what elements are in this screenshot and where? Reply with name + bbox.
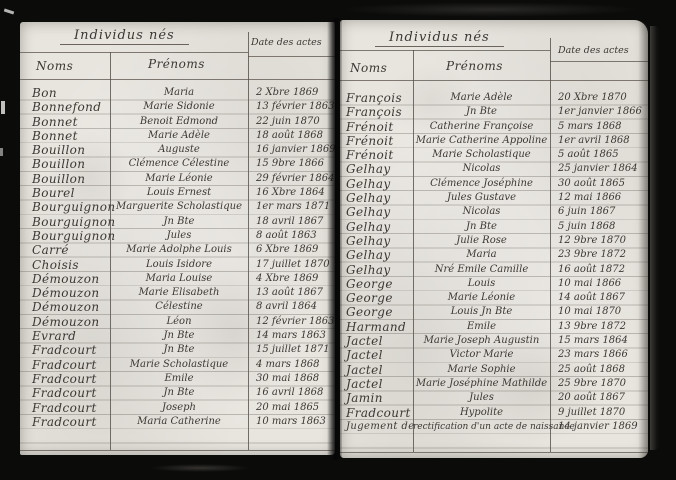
date-cell: 2 Xbre 1869 <box>248 86 335 100</box>
register-row: BonnetBenoit Edmond22 juin 1870 <box>20 115 335 129</box>
nom-cell: Bouillon <box>20 143 110 157</box>
prenom-cell: Maria <box>110 86 248 100</box>
date-cell: 4 mars 1868 <box>248 358 335 372</box>
prenom-cell: Clémence Joséphine <box>413 177 550 191</box>
register-row: BourelLouis Ernest16 Xbre 1864 <box>20 186 335 200</box>
prenom-cell: Jules Gustave <box>413 191 550 205</box>
register-row: ChoisisLouis Isidore17 juillet 1870 <box>20 258 335 272</box>
date-cell: 1er avril 1868 <box>550 134 648 148</box>
nom-cell: Fradcourt <box>340 406 413 420</box>
register-row: JactelMarie Joseph Augustin15 mars 1864 <box>340 334 648 348</box>
date-cell: 9 juillet 1870 <box>550 406 648 420</box>
prenom-cell: Catherine Françoise <box>413 120 550 134</box>
register-row: Jugement derectification d'un acte de na… <box>340 420 648 434</box>
nom-cell: Jugement de <box>340 420 413 434</box>
register-row: BonMaria2 Xbre 1869 <box>20 86 335 100</box>
prenom-cell: Jn Bte <box>110 386 248 400</box>
register-row: FradcourtEmile30 mai 1868 <box>20 372 335 386</box>
prenom-cell: Marie Sophie <box>413 363 550 377</box>
date-cell: 16 Xbre 1864 <box>248 186 335 200</box>
prenom-cell: Marie Joseph Augustin <box>413 334 550 348</box>
prenom-cell: Julie Rose <box>413 234 550 248</box>
prenom-cell: Clémence Célestine <box>110 157 248 171</box>
register-row: DémouzonLéon12 février 1863 <box>20 315 335 329</box>
date-cell: 10 mars 1863 <box>248 415 335 429</box>
prenom-cell: Jn Bte <box>110 329 248 343</box>
nom-cell: Bourel <box>20 186 110 200</box>
nom-cell: Frénoit <box>340 148 413 162</box>
date-cell: 25 9bre 1870 <box>550 377 648 391</box>
date-cell: 8 avril 1864 <box>248 300 335 314</box>
nom-cell: Démouzon <box>20 315 110 329</box>
register-row: JactelMarie Sophie25 août 1868 <box>340 363 648 377</box>
nom-cell: Démouzon <box>20 286 110 300</box>
nom-cell: Fradcourt <box>20 415 110 429</box>
page-edge-shadow <box>638 20 648 458</box>
register-row: BouillonClémence Célestine15 9bre 1866 <box>20 157 335 171</box>
register-row: BonnetMarie Adèle18 août 1868 <box>20 129 335 143</box>
column-header-noms: Noms <box>350 61 387 75</box>
date-cell: 13 août 1867 <box>248 286 335 300</box>
register-row: FradcourtHypolite9 juillet 1870 <box>340 406 648 420</box>
prenom-cell: Marie Scholastique <box>413 148 550 162</box>
register-row: DémouzonCélestine8 avril 1864 <box>20 300 335 314</box>
register-row: FradcourtJn Bte15 juillet 1871 <box>20 343 335 357</box>
register-row: FrénoitMarie Catherine Appoline1er avril… <box>340 134 648 148</box>
prenom-cell: Marie Léonie <box>413 291 550 305</box>
register-row: FrénoitMarie Scholastique5 août 1865 <box>340 148 648 162</box>
register-row: FrançoisMarie Adèle20 Xbre 1870 <box>340 91 648 105</box>
date-cell: 25 août 1868 <box>550 363 648 377</box>
register-row: GelhayNicolas6 juin 1867 <box>340 205 648 219</box>
nom-cell: Jamin <box>340 391 413 405</box>
prenom-cell: Joseph <box>110 401 248 415</box>
column-header-date: Date des actes <box>558 45 629 56</box>
prenom-cell: Léon <box>110 315 248 329</box>
prenom-cell: Jn Bte <box>110 215 248 229</box>
prenom-cell: Marie Adèle <box>110 129 248 143</box>
register-row: GelhayMaria23 9bre 1872 <box>340 248 648 262</box>
header-rule <box>20 79 335 80</box>
prenom-cell: Jules <box>413 391 550 405</box>
date-cell: 12 mai 1866 <box>550 191 648 205</box>
nom-cell: Gelhay <box>340 205 413 219</box>
date-cell: 12 février 1863 <box>248 315 335 329</box>
date-cell: 30 août 1865 <box>550 177 648 191</box>
nom-cell: Fradcourt <box>20 386 110 400</box>
prenom-cell: Jules <box>110 229 248 243</box>
nom-cell: François <box>340 105 413 119</box>
film-speck <box>4 9 14 15</box>
register-row: GeorgeLouis10 mai 1866 <box>340 277 648 291</box>
nom-cell: Frénoit <box>340 134 413 148</box>
register-row: FradcourtMaria Catherine10 mars 1863 <box>20 415 335 429</box>
prenom-cell: Louis Ernest <box>110 186 248 200</box>
date-cell: 15 9bre 1866 <box>248 157 335 171</box>
register-row: JactelVictor Marie23 mars 1866 <box>340 348 648 362</box>
nom-cell: Bonnet <box>20 129 110 143</box>
prenom-cell: Marie Catherine Appoline <box>413 134 550 148</box>
register-row: HarmandEmile13 9bre 1872 <box>340 320 648 334</box>
register-row: FradcourtJn Bte16 avril 1868 <box>20 386 335 400</box>
date-cell: 14 août 1867 <box>550 291 648 305</box>
register-row: FradcourtMarie Scholastique4 mars 1868 <box>20 358 335 372</box>
date-cell: 17 juillet 1870 <box>248 258 335 272</box>
register-row: EvrardJn Bte14 mars 1863 <box>20 329 335 343</box>
nom-cell: Gelhay <box>340 220 413 234</box>
prenom-cell: Nicolas <box>413 162 550 176</box>
register-row: CarréMarie Adolphe Louis6 Xbre 1869 <box>20 243 335 257</box>
prenom-cell: Emile <box>110 372 248 386</box>
register-row: FradcourtJoseph20 mai 1865 <box>20 401 335 415</box>
date-cell: 20 mai 1865 <box>248 401 335 415</box>
prenom-cell: Marie Sidonie <box>110 100 248 114</box>
nom-cell: George <box>340 291 413 305</box>
prenom-cell: Marie Elisabeth <box>110 286 248 300</box>
nom-cell: Gelhay <box>340 248 413 262</box>
date-cell: 15 juillet 1871 <box>248 343 335 357</box>
nom-cell: Bonnefond <box>20 100 110 114</box>
nom-cell: Jactel <box>340 377 413 391</box>
date-cell: 5 mars 1868 <box>550 120 648 134</box>
register-row: BourguignonJules8 août 1863 <box>20 229 335 243</box>
date-cell: 22 juin 1870 <box>248 115 335 129</box>
table-bottom-rule <box>20 450 335 451</box>
page-title: Individus nés <box>375 30 504 47</box>
nom-cell: Gelhay <box>340 177 413 191</box>
prenom-cell: Jn Bte <box>413 220 550 234</box>
nom-cell: Jactel <box>340 334 413 348</box>
header-rule <box>340 80 648 81</box>
date-cell: 15 mars 1864 <box>550 334 648 348</box>
prenom-cell: Marguerite Scholastique <box>110 200 248 214</box>
register-row: GelhayJn Bte5 juin 1868 <box>340 220 648 234</box>
register-row: GelhayNicolas25 janvier 1864 <box>340 162 648 176</box>
register-row: GeorgeMarie Léonie14 août 1867 <box>340 291 648 305</box>
nom-cell: Démouzon <box>20 272 110 286</box>
nom-cell: Bouillon <box>20 172 110 186</box>
nom-cell: Fradcourt <box>20 343 110 357</box>
prenom-cell: Maria Louise <box>110 272 248 286</box>
prenom-cell: Marie Adèle <box>413 91 550 105</box>
register-row: DémouzonMaria Louise4 Xbre 1869 <box>20 272 335 286</box>
date-cell: 10 mai 1866 <box>550 277 648 291</box>
nom-cell: Gelhay <box>340 162 413 176</box>
right-page-rows: FrançoisMarie Adèle20 Xbre 1870FrançoisJ… <box>340 91 648 452</box>
date-cell: 23 mars 1866 <box>550 348 648 362</box>
date-cell: 13 février 1863 <box>248 100 335 114</box>
nom-cell: Frénoit <box>340 120 413 134</box>
nom-cell: Jactel <box>340 363 413 377</box>
register-row: GelhayJulie Rose12 9bre 1870 <box>340 234 648 248</box>
column-header-prenoms: Prénoms <box>446 59 503 73</box>
date-cell: 8 août 1863 <box>248 229 335 243</box>
prenom-cell: Célestine <box>110 300 248 314</box>
register-row: JactelMarie Joséphine Mathilde25 9bre 18… <box>340 377 648 391</box>
header-rule <box>550 61 648 62</box>
nom-cell: Jactel <box>340 348 413 362</box>
date-cell: 14 janvier 1869 <box>550 420 648 434</box>
nom-cell: George <box>340 305 413 319</box>
prenom-cell: Louis <box>413 277 550 291</box>
date-cell: 25 janvier 1864 <box>550 162 648 176</box>
date-cell: 5 août 1865 <box>550 148 648 162</box>
nom-cell: Evrard <box>20 329 110 343</box>
date-cell: 23 9bre 1872 <box>550 248 648 262</box>
register-row: FrançoisJn Bte1er janvier 1866 <box>340 105 648 119</box>
date-cell: 10 mai 1870 <box>550 305 648 319</box>
nom-cell: Fradcourt <box>20 401 110 415</box>
date-cell: 1er mars 1871 <box>248 200 335 214</box>
nom-cell: Gelhay <box>340 263 413 277</box>
table-bottom-rule <box>340 452 648 453</box>
nom-cell: Carré <box>20 243 110 257</box>
nom-cell: Harmand <box>340 320 413 334</box>
prenom-cell: Marie Scholastique <box>110 358 248 372</box>
prenom-cell: Victor Marie <box>413 348 550 362</box>
nom-cell: Bourguignon <box>20 215 110 229</box>
prenom-cell: Nré Emile Camille <box>413 263 550 277</box>
film-smear <box>340 2 640 17</box>
nom-cell: François <box>340 91 413 105</box>
header-rule <box>248 56 335 57</box>
prenom-cell: Nicolas <box>413 205 550 219</box>
prenom-cell: Maria <box>413 248 550 262</box>
register-row: FrénoitCatherine Françoise5 mars 1868 <box>340 120 648 134</box>
column-header-prenoms: Prénoms <box>148 57 205 71</box>
date-cell: 5 juin 1868 <box>550 220 648 234</box>
prenom-cell: Jn Bte <box>110 343 248 357</box>
register-row: BourguignonJn Bte18 avril 1867 <box>20 215 335 229</box>
date-cell: 12 9bre 1870 <box>550 234 648 248</box>
nom-cell: George <box>340 277 413 291</box>
prenom-cell: Maria Catherine <box>110 415 248 429</box>
nom-cell: Fradcourt <box>20 358 110 372</box>
prenom-cell: Marie Adolphe Louis <box>110 243 248 257</box>
register-row: BouillonMarie Léonie29 février 1864 <box>20 172 335 186</box>
next-page-edge <box>650 26 660 450</box>
nom-cell: Fradcourt <box>20 372 110 386</box>
register-row: GelhayNré Emile Camille16 août 1872 <box>340 263 648 277</box>
prenom-cell: Hypolite <box>413 406 550 420</box>
date-cell: 30 mai 1868 <box>248 372 335 386</box>
prenom-cell: Marie Léonie <box>110 172 248 186</box>
nom-cell: Bourguignon <box>20 229 110 243</box>
nom-cell: Gelhay <box>340 191 413 205</box>
book-gutter <box>327 18 342 460</box>
register-row: BonnefondMarie Sidonie13 février 1863 <box>20 100 335 114</box>
prenom-cell: Louis Isidore <box>110 258 248 272</box>
nom-cell: Gelhay <box>340 234 413 248</box>
register-row: BourguignonMarguerite Scholastique1er ma… <box>20 200 335 214</box>
prenom-cell: rectification d'un acte de naissance <box>413 420 550 434</box>
film-speck <box>0 148 3 156</box>
page-title: Individus nés <box>60 28 189 45</box>
register-row: GeorgeLouis Jn Bte10 mai 1870 <box>340 305 648 319</box>
date-cell: 4 Xbre 1869 <box>248 272 335 286</box>
prenom-cell: Auguste <box>110 143 248 157</box>
column-header-date: Date des actes <box>251 37 322 48</box>
date-cell: 14 mars 1863 <box>248 329 335 343</box>
date-cell: 18 avril 1867 <box>248 215 335 229</box>
register-row: DémouzonMarie Elisabeth13 août 1867 <box>20 286 335 300</box>
prenom-cell: Benoit Edmond <box>110 115 248 129</box>
prenom-cell: Louis Jn Bte <box>413 305 550 319</box>
prenom-cell: Emile <box>413 320 550 334</box>
right-page: Individus nés Date des actes Noms Prénom… <box>340 20 648 458</box>
nom-cell: Bourguignon <box>20 200 110 214</box>
film-smear <box>150 464 250 472</box>
nom-cell: Bonnet <box>20 115 110 129</box>
register-row: JaminJules20 août 1867 <box>340 391 648 405</box>
date-cell: 1er janvier 1866 <box>550 105 648 119</box>
register-row: GelhayClémence Joséphine30 août 1865 <box>340 177 648 191</box>
register-row: BouillonAuguste16 janvier 1869 <box>20 143 335 157</box>
date-cell: 13 9bre 1872 <box>550 320 648 334</box>
date-cell: 16 avril 1868 <box>248 386 335 400</box>
date-cell: 20 août 1867 <box>550 391 648 405</box>
date-cell: 29 février 1864 <box>248 172 335 186</box>
prenom-cell: Marie Joséphine Mathilde <box>413 377 550 391</box>
film-speck <box>1 101 5 114</box>
date-cell: 16 août 1872 <box>550 263 648 277</box>
date-cell: 20 Xbre 1870 <box>550 91 648 105</box>
nom-cell: Bon <box>20 86 110 100</box>
date-cell: 16 janvier 1869 <box>248 143 335 157</box>
nom-cell: Choisis <box>20 258 110 272</box>
nom-cell: Bouillon <box>20 157 110 171</box>
nom-cell: Démouzon <box>20 300 110 314</box>
date-cell: 6 Xbre 1869 <box>248 243 335 257</box>
header-rule <box>20 52 248 53</box>
column-header-noms: Noms <box>36 59 73 73</box>
header-rule <box>340 50 550 51</box>
register-row: GelhayJules Gustave12 mai 1866 <box>340 191 648 205</box>
date-cell: 6 juin 1867 <box>550 205 648 219</box>
left-page-rows: BonMaria2 Xbre 1869BonnefondMarie Sidoni… <box>20 86 335 450</box>
prenom-cell: Jn Bte <box>413 105 550 119</box>
date-cell: 18 août 1868 <box>248 129 335 143</box>
left-page: Individus nés Date des actes Noms Prénom… <box>20 22 335 455</box>
